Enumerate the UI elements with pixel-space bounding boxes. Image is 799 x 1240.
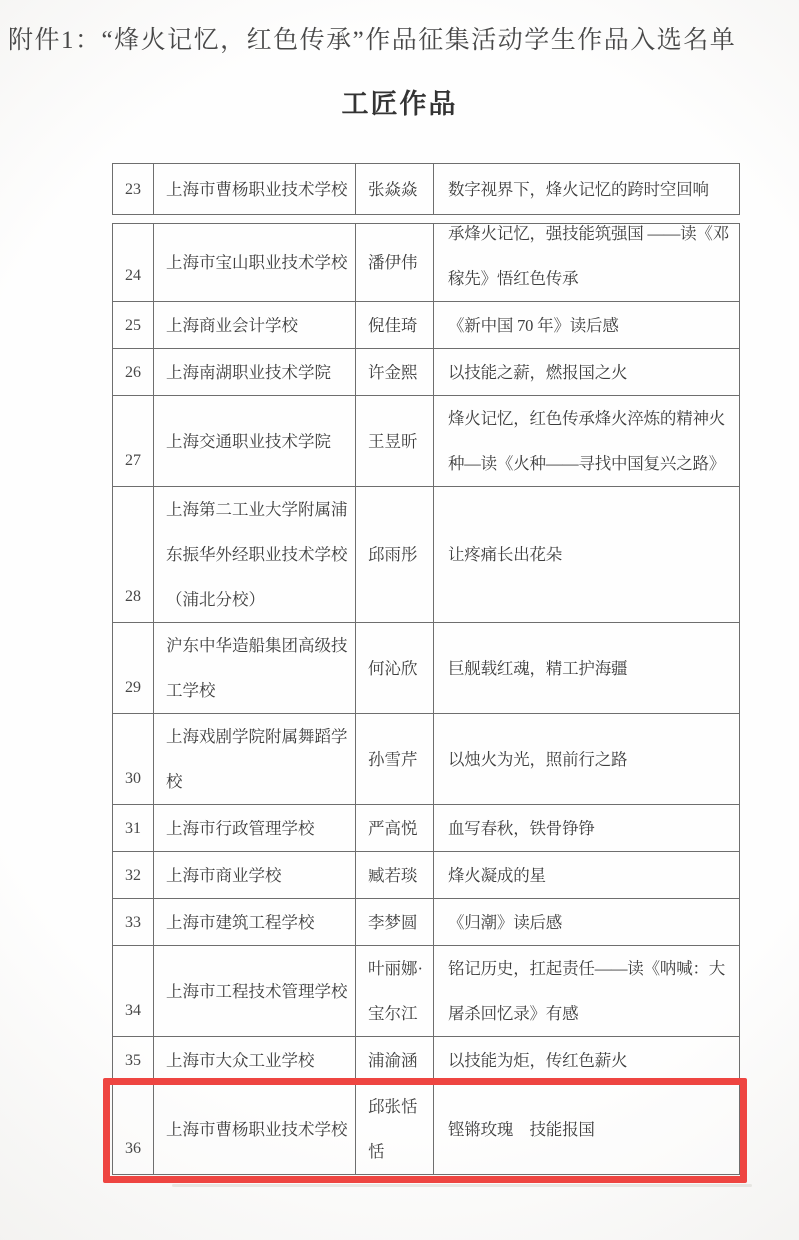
school-cell: 上海市宝山职业技术学校 bbox=[153, 224, 355, 301]
doc-header: 附件1：“烽火记忆，红色传承”作品征集活动学生作品入选名单 工匠作品 bbox=[0, 0, 799, 121]
document-page: 附件1：“烽火记忆，红色传承”作品征集活动学生作品入选名单 工匠作品 23上海市… bbox=[0, 0, 799, 1240]
table-row: 35上海市大众工业学校浦渝涵以技能为炬，传红色薪火 bbox=[113, 1036, 739, 1083]
row-number-cell-text: 31 bbox=[125, 806, 141, 851]
student-name-cell: 浦渝涵 bbox=[355, 1037, 433, 1083]
work-title-cell-text: 以烛火为光，照前行之路 bbox=[448, 737, 731, 782]
row-number-cell-text: 36 bbox=[125, 1126, 141, 1171]
attachment-title: 附件1：“烽火记忆，红色传承”作品征集活动学生作品入选名单 bbox=[8, 20, 795, 56]
student-name-cell: 李梦圆 bbox=[355, 899, 433, 945]
student-name-cell-text: 臧若琰 bbox=[368, 853, 427, 898]
student-name-cell: 臧若琰 bbox=[355, 852, 433, 898]
student-name-cell: 张焱焱 bbox=[355, 164, 433, 214]
table-row: 34上海市工程技术管理学校叶丽娜·宝尔江铭记历史，扛起责任——读《呐喊：大屠杀回… bbox=[113, 945, 739, 1036]
school-cell: 上海第二工业大学附属浦东振华外经职业技术学校（浦北分校） bbox=[153, 487, 355, 622]
work-title-cell: 血写春秋，铁骨铮铮 bbox=[433, 805, 739, 851]
row-number-cell: 31 bbox=[113, 805, 153, 851]
table-row: 28上海第二工业大学附属浦东振华外经职业技术学校（浦北分校）邱雨彤让疼痛长出花朵 bbox=[113, 486, 739, 622]
student-name-cell-text: 孙雪芹 bbox=[368, 737, 427, 782]
school-cell-text: 上海市大众工业学校 bbox=[166, 1038, 351, 1083]
table-first-row-box: 23上海市曹杨职业技术学校张焱焱数字视界下，烽火记忆的跨时空回响 bbox=[112, 163, 740, 215]
table-row: 23上海市曹杨职业技术学校张焱焱数字视界下，烽火记忆的跨时空回响 bbox=[113, 164, 739, 214]
row-number-cell-text: 28 bbox=[125, 574, 141, 619]
row-number-cell: 34 bbox=[113, 946, 153, 1036]
school-cell: 上海戏剧学院附属舞蹈学校 bbox=[153, 714, 355, 804]
student-name-cell-text: 许金熙 bbox=[368, 350, 427, 395]
student-name-cell: 邱雨彤 bbox=[355, 487, 433, 622]
school-cell-text: 上海第二工业大学附属浦东振华外经职业技术学校（浦北分校） bbox=[166, 487, 351, 622]
school-cell: 上海市建筑工程学校 bbox=[153, 899, 355, 945]
student-name-cell: 叶丽娜·宝尔江 bbox=[355, 946, 433, 1036]
work-title-cell-text: 铿锵玫瑰 技能报国 bbox=[448, 1107, 731, 1152]
table-row: 30上海戏剧学院附属舞蹈学校孙雪芹以烛火为光，照前行之路 bbox=[113, 713, 739, 804]
table-row: 33上海市建筑工程学校李梦圆《归潮》读后感 bbox=[113, 898, 739, 945]
work-title-cell: 《归潮》读后感 bbox=[433, 899, 739, 945]
school-cell-text: 沪东中华造船集团高级技工学校 bbox=[166, 623, 351, 713]
work-title-cell: 《新中国 70 年》读后感 bbox=[433, 302, 739, 348]
row-number-cell: 27 bbox=[113, 396, 153, 486]
work-title-cell: 巨舰载红魂，精工护海疆 bbox=[433, 623, 739, 713]
work-title-cell-text: 《新中国 70 年》读后感 bbox=[448, 303, 731, 348]
school-cell-text: 上海南湖职业技术学院 bbox=[166, 350, 351, 395]
section-title: 工匠作品 bbox=[0, 82, 799, 121]
row-number-cell-text: 26 bbox=[125, 350, 141, 395]
student-name-cell-text: 潘伊伟 bbox=[368, 240, 427, 285]
work-title-cell-text: 血写春秋，铁骨铮铮 bbox=[448, 806, 731, 851]
student-name-cell-text: 张焱焱 bbox=[368, 167, 427, 212]
school-cell-text: 上海市行政管理学校 bbox=[166, 806, 351, 851]
student-name-cell-text: 严高悦 bbox=[368, 806, 427, 851]
row-number-cell-text: 35 bbox=[125, 1038, 141, 1083]
row-number-cell: 32 bbox=[113, 852, 153, 898]
work-title-cell-text: 以技能之薪，燃报国之火 bbox=[448, 350, 731, 395]
work-title-cell-text: 铭记历史，扛起责任——读《呐喊：大屠杀回忆录》有感 bbox=[448, 946, 731, 1036]
works-table: 23上海市曹杨职业技术学校张焱焱数字视界下，烽火记忆的跨时空回响 24上海市宝山… bbox=[112, 163, 740, 1187]
school-cell: 上海市曹杨职业技术学校 bbox=[153, 164, 355, 214]
table-row: 29沪东中华造船集团高级技工学校何沁欣巨舰载红魂，精工护海疆 bbox=[113, 622, 739, 713]
work-title-cell: 铿锵玫瑰 技能报国 bbox=[433, 1084, 739, 1174]
student-name-cell-text: 李梦圆 bbox=[368, 900, 427, 945]
row-number-cell-text: 32 bbox=[125, 853, 141, 898]
row-number-cell: 29 bbox=[113, 623, 153, 713]
school-cell-text: 上海戏剧学院附属舞蹈学校 bbox=[166, 714, 351, 804]
student-name-cell: 倪佳琦 bbox=[355, 302, 433, 348]
school-cell: 上海市商业学校 bbox=[153, 852, 355, 898]
student-name-cell-text: 王昱昕 bbox=[368, 419, 427, 464]
student-name-cell-text: 倪佳琦 bbox=[368, 303, 427, 348]
student-name-cell-text: 邱张恬恬 bbox=[368, 1084, 427, 1174]
row-number-cell: 24 bbox=[113, 224, 153, 301]
student-name-cell-text: 浦渝涵 bbox=[368, 1038, 427, 1083]
work-title-cell-text: 《归潮》读后感 bbox=[448, 900, 731, 945]
student-name-cell: 严高悦 bbox=[355, 805, 433, 851]
work-title-cell: 烽火凝成的星 bbox=[433, 852, 739, 898]
row-number-cell: 26 bbox=[113, 349, 153, 395]
work-title-cell-text: 烽火记忆，红色传承烽火淬炼的精神火种—读《火种——寻找中国复兴之路》 bbox=[448, 396, 731, 486]
work-title-cell: 铭记历史，扛起责任——读《呐喊：大屠杀回忆录》有感 bbox=[433, 946, 739, 1036]
work-title-cell: 烽火记忆，红色传承烽火淬炼的精神火种—读《火种——寻找中国复兴之路》 bbox=[433, 396, 739, 486]
work-title-cell-text: 让疼痛长出花朵 bbox=[448, 532, 731, 577]
row-number-cell-text: 29 bbox=[125, 665, 141, 710]
table-row: 27上海交通职业技术学院王昱昕烽火记忆，红色传承烽火淬炼的精神火种—读《火种——… bbox=[113, 395, 739, 486]
school-cell-text: 上海交通职业技术学院 bbox=[166, 419, 351, 464]
school-cell: 上海市行政管理学校 bbox=[153, 805, 355, 851]
school-cell: 沪东中华造船集团高级技工学校 bbox=[153, 623, 355, 713]
school-cell: 上海商业会计学校 bbox=[153, 302, 355, 348]
work-title-cell-text: 以技能为炬，传红色薪火 bbox=[448, 1038, 731, 1083]
student-name-cell: 邱张恬恬 bbox=[355, 1084, 433, 1174]
school-cell: 上海交通职业技术学院 bbox=[153, 396, 355, 486]
photo-shadow-line bbox=[172, 1184, 752, 1187]
row-number-cell: 23 bbox=[113, 164, 153, 214]
student-name-cell: 潘伊伟 bbox=[355, 224, 433, 301]
row-number-cell-text: 30 bbox=[125, 756, 141, 801]
school-cell-text: 上海市商业学校 bbox=[166, 853, 351, 898]
row-number-cell: 36 bbox=[113, 1084, 153, 1174]
row-number-cell: 25 bbox=[113, 302, 153, 348]
table-row: 36上海市曹杨职业技术学校邱张恬恬铿锵玫瑰 技能报国 bbox=[113, 1083, 739, 1174]
table-row: 32上海市商业学校臧若琰烽火凝成的星 bbox=[113, 851, 739, 898]
row-number-cell: 30 bbox=[113, 714, 153, 804]
student-name-cell-text: 叶丽娜·宝尔江 bbox=[368, 946, 427, 1036]
student-name-cell: 何沁欣 bbox=[355, 623, 433, 713]
work-title-cell: 以技能为炬，传红色薪火 bbox=[433, 1037, 739, 1083]
work-title-cell-text: 承烽火记忆，强技能筑强国 ——读《邓稼先》悟红色传承 bbox=[448, 224, 731, 301]
student-name-cell: 许金熙 bbox=[355, 349, 433, 395]
work-title-cell-text: 数字视界下，烽火记忆的跨时空回响 bbox=[448, 167, 731, 212]
row-number-cell: 35 bbox=[113, 1037, 153, 1083]
student-name-cell-text: 邱雨彤 bbox=[368, 532, 427, 577]
work-title-cell: 数字视界下，烽火记忆的跨时空回响 bbox=[433, 164, 739, 214]
school-cell: 上海市大众工业学校 bbox=[153, 1037, 355, 1083]
row-number-cell-text: 34 bbox=[125, 988, 141, 1033]
table-main-box: 24上海市宝山职业技术学校潘伊伟承烽火记忆，强技能筑强国 ——读《邓稼先》悟红色… bbox=[112, 223, 740, 1175]
work-title-cell-text: 烽火凝成的星 bbox=[448, 853, 731, 898]
school-cell-text: 上海商业会计学校 bbox=[166, 303, 351, 348]
row-number-cell: 33 bbox=[113, 899, 153, 945]
school-cell-text: 上海市工程技术管理学校 bbox=[166, 969, 351, 1014]
row-number-cell: 28 bbox=[113, 487, 153, 622]
row-number-cell-text: 23 bbox=[125, 167, 141, 212]
table-row: 31上海市行政管理学校严高悦血写春秋，铁骨铮铮 bbox=[113, 804, 739, 851]
school-cell-text: 上海市曹杨职业技术学校 bbox=[166, 167, 351, 212]
row-number-cell-text: 25 bbox=[125, 303, 141, 348]
row-number-cell-text: 24 bbox=[125, 253, 141, 298]
student-name-cell-text: 何沁欣 bbox=[368, 646, 427, 691]
row-number-cell-text: 33 bbox=[125, 900, 141, 945]
student-name-cell: 孙雪芹 bbox=[355, 714, 433, 804]
school-cell-text: 上海市宝山职业技术学校 bbox=[166, 240, 351, 285]
school-cell: 上海南湖职业技术学院 bbox=[153, 349, 355, 395]
table-row: 25上海商业会计学校倪佳琦《新中国 70 年》读后感 bbox=[113, 301, 739, 348]
school-cell: 上海市工程技术管理学校 bbox=[153, 946, 355, 1036]
table-row: 24上海市宝山职业技术学校潘伊伟承烽火记忆，强技能筑强国 ——读《邓稼先》悟红色… bbox=[113, 224, 739, 301]
school-cell-text: 上海市建筑工程学校 bbox=[166, 900, 351, 945]
work-title-cell: 让疼痛长出花朵 bbox=[433, 487, 739, 622]
work-title-cell-text: 巨舰载红魂，精工护海疆 bbox=[448, 646, 731, 691]
school-cell-text: 上海市曹杨职业技术学校 bbox=[166, 1107, 351, 1152]
student-name-cell: 王昱昕 bbox=[355, 396, 433, 486]
table-row: 26上海南湖职业技术学院许金熙以技能之薪，燃报国之火 bbox=[113, 348, 739, 395]
work-title-cell: 以烛火为光，照前行之路 bbox=[433, 714, 739, 804]
school-cell: 上海市曹杨职业技术学校 bbox=[153, 1084, 355, 1174]
row-number-cell-text: 27 bbox=[125, 438, 141, 483]
work-title-cell: 承烽火记忆，强技能筑强国 ——读《邓稼先》悟红色传承 bbox=[433, 224, 739, 301]
work-title-cell: 以技能之薪，燃报国之火 bbox=[433, 349, 739, 395]
